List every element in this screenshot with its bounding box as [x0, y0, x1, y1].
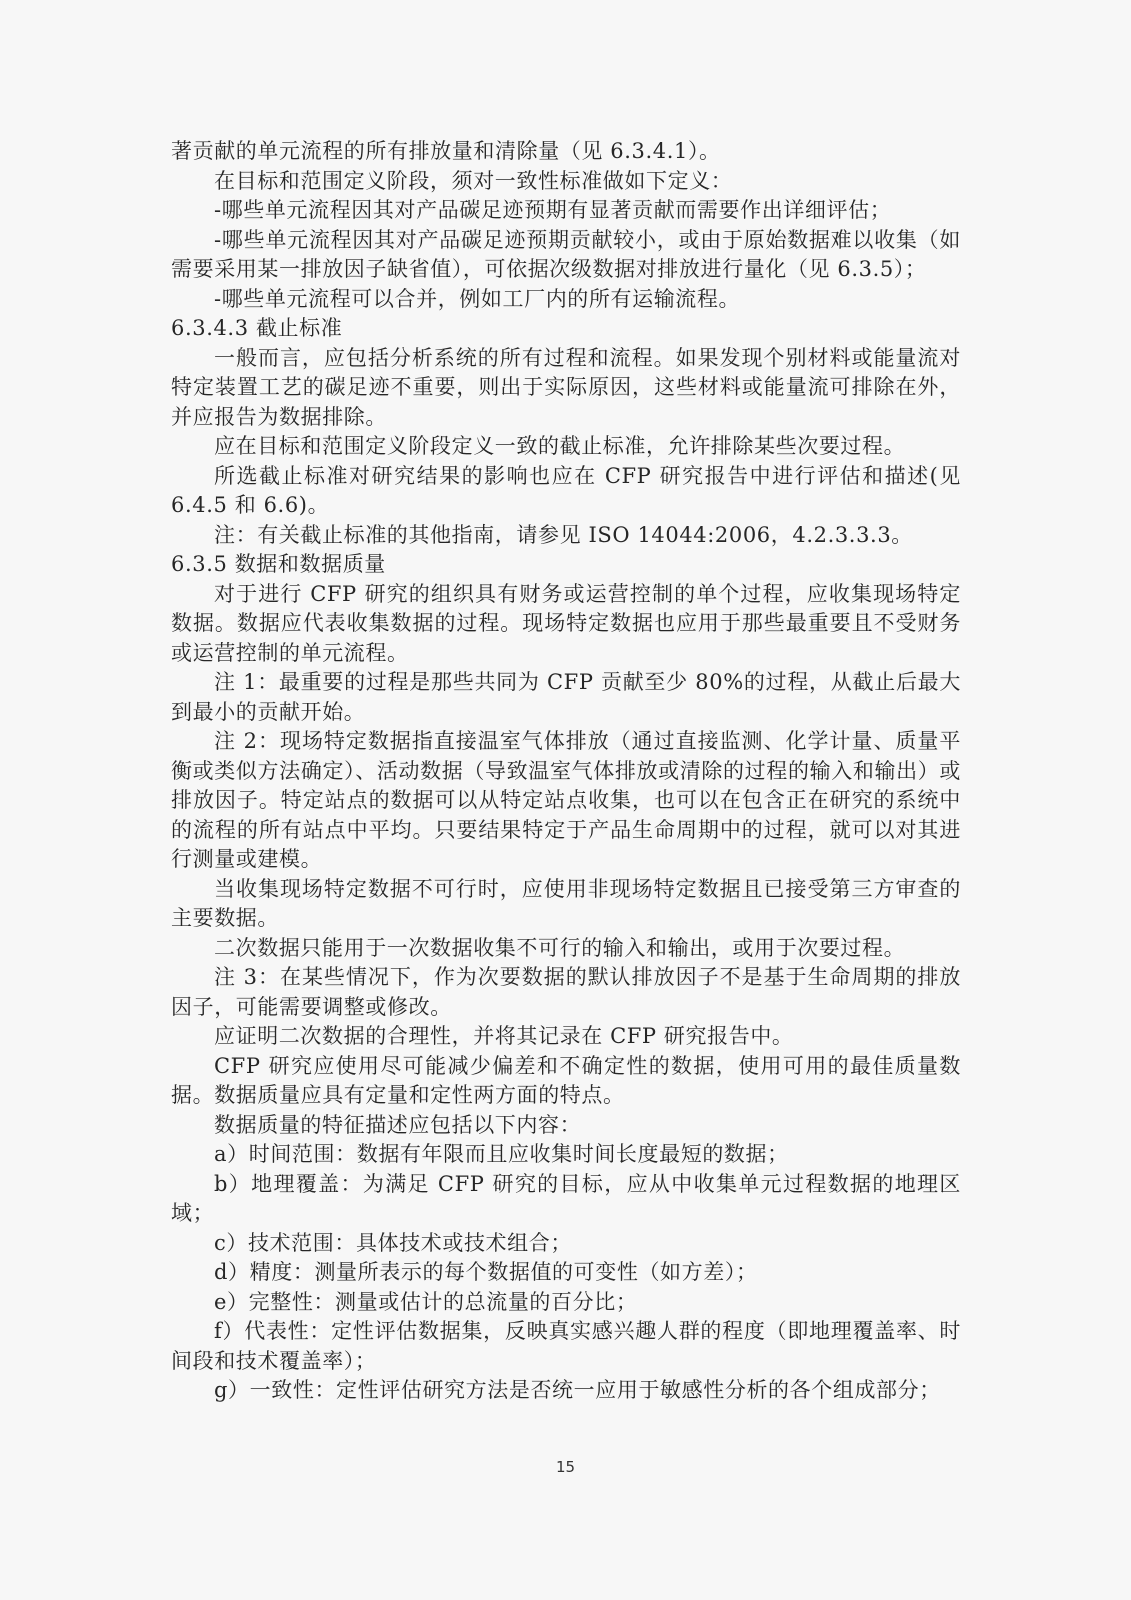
paragraph: 著贡献的单元流程的所有排放量和清除量（见 6.3.4.1）。 — [171, 137, 961, 167]
note: 注 1：最重要的过程是那些共同为 CFP 贡献至少 80%的过程，从截止后最大到… — [171, 668, 961, 727]
paragraph: CFP 研究应使用尽可能减少偏差和不确定性的数据，使用可用的最佳质量数据。数据质… — [171, 1052, 961, 1111]
list-item: -哪些单元流程可以合并，例如工厂内的所有运输流程。 — [171, 285, 961, 315]
list-item: a）时间范围：数据有年限而且应收集时间长度最短的数据； — [171, 1140, 961, 1170]
paragraph: 应证明二次数据的合理性，并将其记录在 CFP 研究报告中。 — [171, 1022, 961, 1052]
section-heading: 6.3.4.3 截止标准 — [171, 314, 961, 344]
list-item: c）技术范围：具体技术或技术组合； — [171, 1229, 961, 1259]
list-item: -哪些单元流程因其对产品碳足迹预期贡献较小，或由于原始数据难以收集（如需要采用某… — [171, 226, 961, 285]
paragraph: 一般而言，应包括分析系统的所有过程和流程。如果发现个别材料或能量流对特定装置工艺… — [171, 344, 961, 433]
list-item: b）地理覆盖：为满足 CFP 研究的目标，应从中收集单元过程数据的地理区域； — [171, 1170, 961, 1229]
paragraph: 当收集现场特定数据不可行时，应使用非现场特定数据且已接受第三方审查的主要数据。 — [171, 875, 961, 934]
list-item: -哪些单元流程因其对产品碳足迹预期有显著贡献而需要作出详细评估； — [171, 196, 961, 226]
page-body: 著贡献的单元流程的所有排放量和清除量（见 6.3.4.1）。 在目标和范围定义阶… — [171, 137, 961, 1406]
list-item: f）代表性：定性评估数据集，反映真实感兴趣人群的程度（即地理覆盖率、时间段和技术… — [171, 1317, 961, 1376]
note: 注 3：在某些情况下，作为次要数据的默认排放因子不是基于生命周期的排放因子，可能… — [171, 963, 961, 1022]
list-item: d）精度：测量所表示的每个数据值的可变性（如方差）； — [171, 1258, 961, 1288]
paragraph: 数据质量的特征描述应包括以下内容： — [171, 1111, 961, 1141]
list-item: g）一致性：定性评估研究方法是否统一应用于敏感性分析的各个组成部分； — [171, 1376, 961, 1406]
section-heading: 6.3.5 数据和数据质量 — [171, 550, 961, 580]
note: 注 2：现场特定数据指直接温室气体排放（通过直接监测、化学计量、质量平衡或类似方… — [171, 727, 961, 875]
list-item: e）完整性：测量或估计的总流量的百分比； — [171, 1288, 961, 1318]
paragraph: 在目标和范围定义阶段，须对一致性标准做如下定义： — [171, 167, 961, 197]
paragraph: 应在目标和范围定义阶段定义一致的截止标准，允许排除某些次要过程。 — [171, 432, 961, 462]
paragraph: 二次数据只能用于一次数据收集不可行的输入和输出，或用于次要过程。 — [171, 934, 961, 964]
note: 注：有关截止标准的其他指南，请参见 ISO 14044:2006，4.2.3.3… — [171, 521, 961, 551]
paragraph: 对于进行 CFP 研究的组织具有财务或运营控制的单个过程，应收集现场特定数据。数… — [171, 580, 961, 669]
paragraph: 所选截止标准对研究结果的影响也应在 CFP 研究报告中进行评估和描述(见 6.4… — [171, 462, 961, 521]
page-number: 15 — [0, 1458, 1131, 1476]
